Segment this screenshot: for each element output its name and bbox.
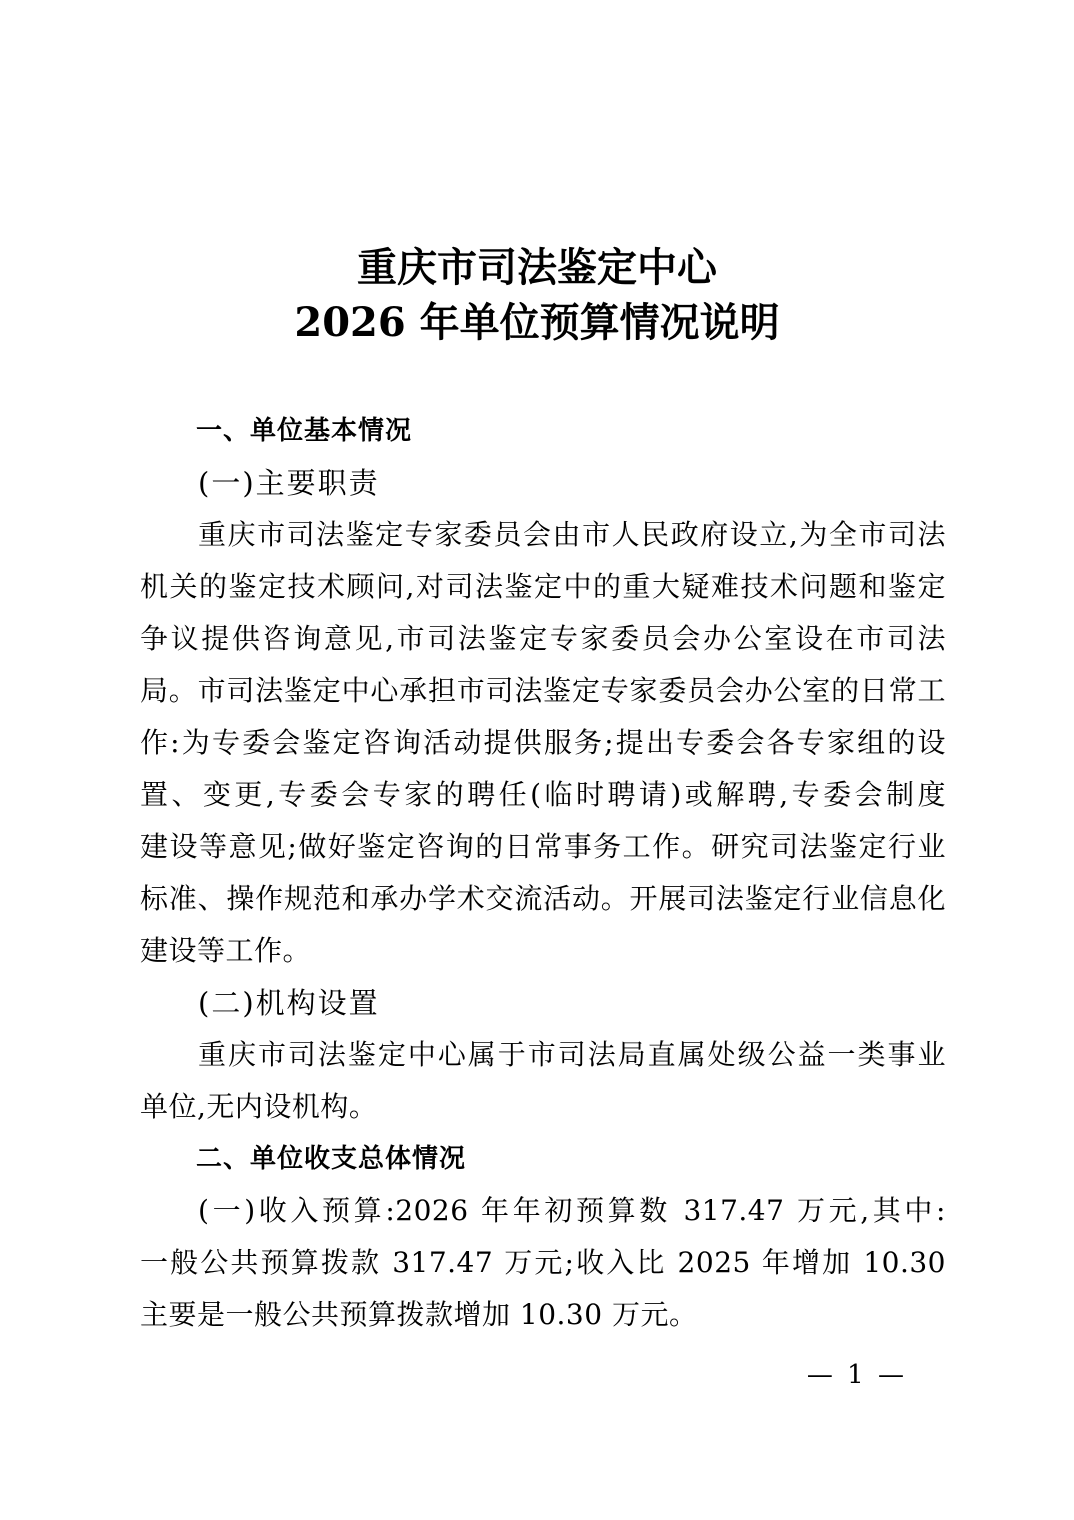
paragraph-line: 标准、操作规范和承办学术交流活动。开展司法鉴定行业信息化 [140,873,946,925]
paragraph-line: 局。市司法鉴定中心承担市司法鉴定专家委员会办公室的日常工 [140,665,946,717]
paragraph-line: 争议提供咨询意见,市司法鉴定专家委员会办公室设在市司法 [140,613,946,665]
paragraph-line: 建设等意见;做好鉴定咨询的日常事务工作。研究司法鉴定行业 [140,821,946,873]
section-heading: 二、单位收支总体情况 [140,1133,946,1185]
document-title-line-1: 重庆市司法鉴定中心 [0,240,1074,295]
document-title: 重庆市司法鉴定中心 2026 年单位预算情况说明 [0,240,1074,350]
paragraph-line: 机关的鉴定技术顾问,对司法鉴定中的重大疑难技术问题和鉴定 [140,561,946,613]
subsection-heading: (一)主要职责 [140,457,946,509]
document-body: 一、单位基本情况(一)主要职责重庆市司法鉴定专家委员会由市人民政府设立,为全市司… [140,405,946,1341]
document-page: { "document": { "title_lines": [ "重庆市司法鉴… [0,0,1074,1520]
paragraph-line: 主要是一般公共预算拨款增加 10.30 万元。 [140,1289,946,1341]
section-heading: 一、单位基本情况 [140,405,946,457]
paragraph-line: (一)收入预算:2026 年年初预算数 317.47 万元,其中: [140,1185,946,1237]
paragraph-line: 重庆市司法鉴定中心属于市司法局直属处级公益一类事业 [140,1029,946,1081]
document-title-line-2: 2026 年单位预算情况说明 [0,295,1074,350]
paragraph-line: 重庆市司法鉴定专家委员会由市人民政府设立,为全市司法 [140,509,946,561]
page-number: — 1 — [807,1355,907,1395]
paragraph-line: 一般公共预算拨款 317.47 万元;收入比 2025 年增加 10.30 万元… [140,1237,946,1289]
paragraph-line: 置、变更,专委会专家的聘任(临时聘请)或解聘,专委会制度 [140,769,946,821]
paragraph-line: 单位,无内设机构。 [140,1081,946,1133]
subsection-heading: (二)机构设置 [140,977,946,1029]
paragraph-line: 作:为专委会鉴定咨询活动提供服务;提出专委会各专家组的设 [140,717,946,769]
paragraph-line: 建设等工作。 [140,925,946,977]
